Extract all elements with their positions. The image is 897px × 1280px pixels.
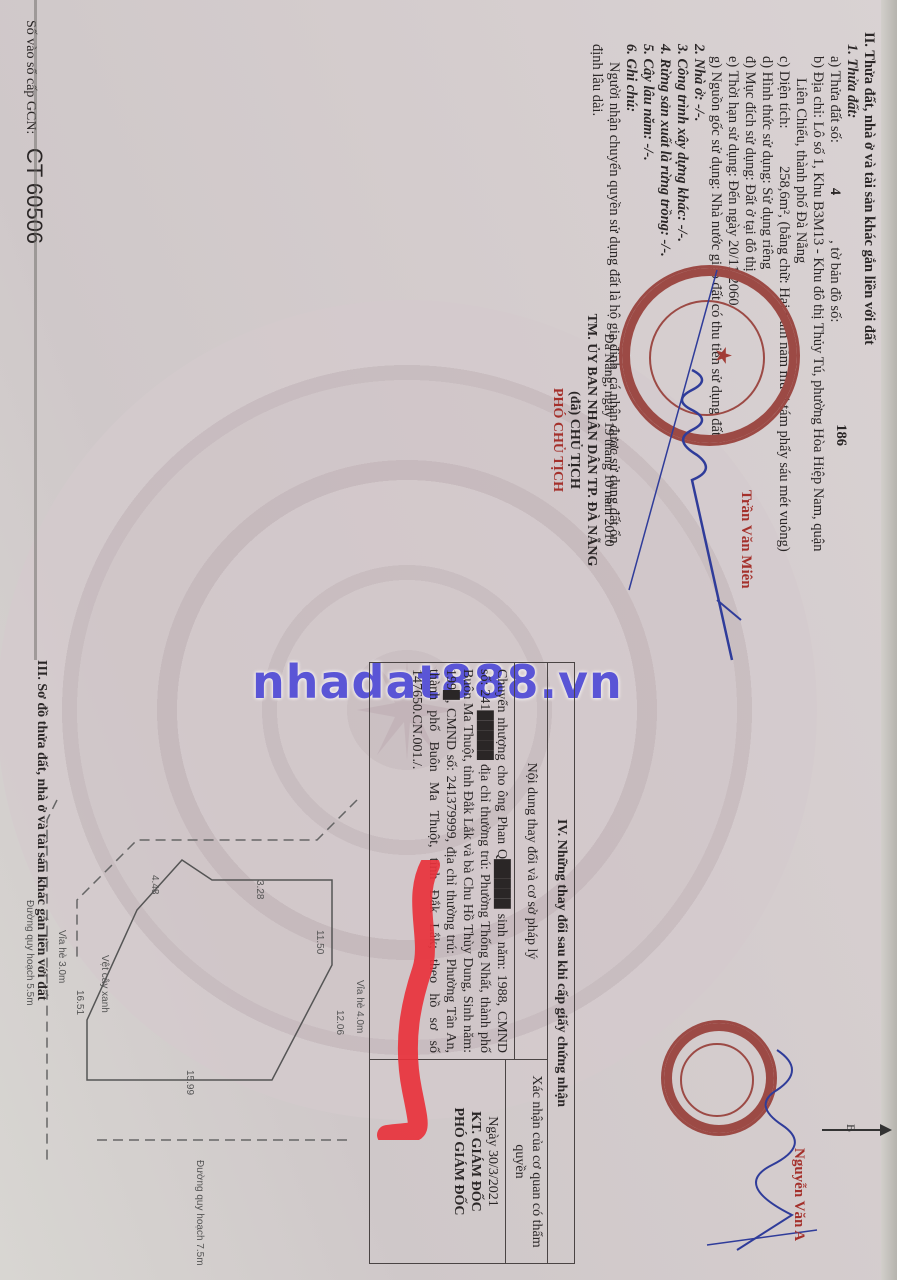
map-sheet-label: , tờ bản đồ số: bbox=[827, 240, 843, 322]
edge-label-2: 12.06 bbox=[334, 1010, 345, 1035]
land-certificate-page: II. Thửa đất, nhà ở và tài sản khác gắn … bbox=[0, 0, 897, 1280]
edge-label-5: 3.28 bbox=[254, 880, 265, 900]
confirmation-role-2: PHÓ GIÁM ĐỐC bbox=[450, 1060, 467, 1263]
parcel-row: a) Thửa đất số: 4 , tờ bản đồ số: 186 bbox=[826, 32, 843, 592]
edge-label-3: 15.99 bbox=[184, 1070, 195, 1095]
issuer-role-1: (đã) CHỦ TỊCH bbox=[566, 250, 583, 630]
edge-label-1: 11.50 bbox=[314, 930, 325, 955]
parcel-label: a) Thửa đất số: bbox=[827, 56, 843, 143]
svg-text:B: B bbox=[844, 1124, 858, 1132]
tree-strip-label: Vệt cây xanh bbox=[99, 955, 110, 1013]
page-fold-line bbox=[34, 0, 37, 660]
issuer-signature bbox=[607, 260, 747, 680]
address-line-1: b) Địa chỉ: Lô số 1, Khu B3M13 - Khu đô … bbox=[809, 32, 826, 592]
page-edge bbox=[881, 0, 897, 1280]
address-line-2: Liên Chiểu, thành phố Đà Nẵng bbox=[792, 32, 809, 592]
parcel-number: 4 bbox=[826, 147, 843, 237]
confirmation-column-header: Xác nhận của cơ quan có thẩm quyền bbox=[505, 1060, 547, 1263]
road-5-5m-label: Đường quy hoạch 5.5m bbox=[24, 900, 35, 1006]
land-heading: 1. Thửa đất: bbox=[843, 32, 860, 592]
sidewalk-3m-label: Vỉa hè 3.0m bbox=[56, 930, 68, 983]
edge-label-6: 4.48 bbox=[149, 875, 160, 895]
issuer-role-2: PHÓ CHỦ TỊCH bbox=[549, 250, 566, 630]
issuer-name: Trần Văn Miên bbox=[737, 490, 754, 589]
changes-column-header: Nội dung thay đổi và cơ sở pháp lý bbox=[514, 663, 547, 1059]
confirmation-signature bbox=[697, 1030, 837, 1260]
parcel-diagram: 11.50 12.06 15.99 16.51 3.28 4.48 Vỉa hè… bbox=[7, 780, 377, 1280]
confirmation-signer-name: Nguyễn Văn A bbox=[790, 1148, 807, 1241]
edge-label-4: 16.51 bbox=[74, 990, 85, 1015]
redaction-mark bbox=[372, 860, 442, 1140]
section2-heading: II. Thửa đất, nhà ở và tài sản khác gắn … bbox=[860, 32, 877, 592]
road-7-5m-label: Đường quy hoạch 7.5m bbox=[194, 1160, 205, 1266]
confirmation-role-1: KT. GIÁM ĐỐC bbox=[467, 1060, 484, 1263]
sidewalk-4m-label: Vỉa hè 4.0m bbox=[354, 980, 366, 1033]
confirmation-date: Ngày 30/3/2021 bbox=[484, 1060, 501, 1263]
map-sheet-number: 186 bbox=[832, 326, 849, 446]
section4-heading: IV. Những thay đổi sau khi cấp giấy chứn… bbox=[547, 663, 574, 1263]
issuing-organization: TM. ỦY BAN NHÂN DÂN TP. ĐÀ NẴNG bbox=[583, 250, 600, 630]
area-label: c) Diện tích: bbox=[775, 56, 792, 166]
